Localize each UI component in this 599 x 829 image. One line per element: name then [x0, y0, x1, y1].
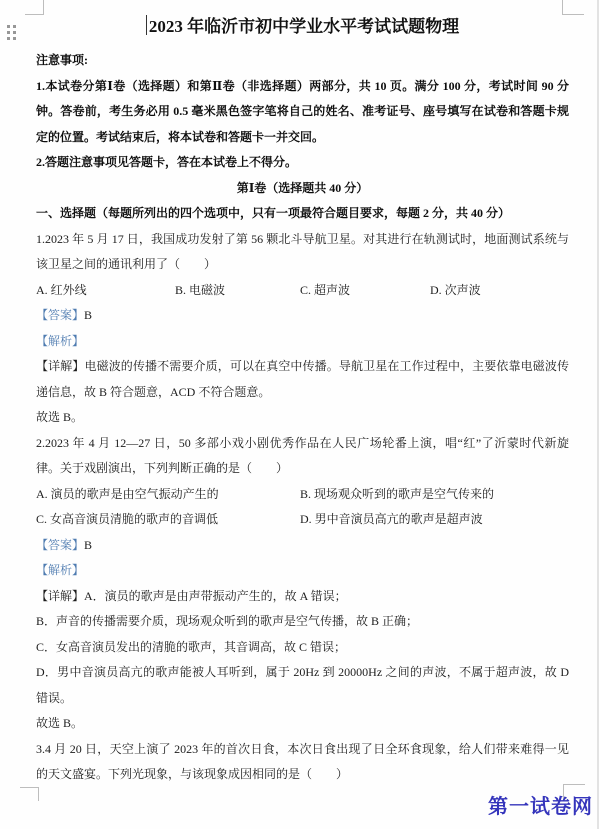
notice-item-1: 1.本试卷分第Ⅰ卷（选择题）和第Ⅱ卷（非选择题）两部分，共 10 页。满分 10…	[36, 74, 569, 151]
drag-handle-icon[interactable]	[7, 25, 16, 40]
exam-document-page: 2023 年临沂市初中学业水平考试试题物理 注意事项: 1.本试卷分第Ⅰ卷（选择…	[0, 0, 599, 829]
document-content: 2023 年临沂市初中学业水平考试试题物理 注意事项: 1.本试卷分第Ⅰ卷（选择…	[36, 12, 569, 788]
q2-answer-label: 【答案】	[36, 538, 84, 552]
q2-option-a: A. 演员的歌声是由空气振动产生的	[36, 482, 300, 508]
q1-option-c: C. 超声波	[300, 278, 430, 304]
q1-option-a: A. 红外线	[36, 278, 175, 304]
q2-option-d: D. 男中音演员高亢的歌声是超声波	[300, 507, 569, 533]
q2-detail-b: B．声音的传播需要介质，现场观众听到的歌声是空气传播，故 B 正确；	[36, 609, 569, 635]
notice-heading: 注意事项:	[36, 48, 569, 74]
q1-answer-value: B	[84, 308, 92, 322]
q2-option-c: C. 女高音演员清脆的歌声的音调低	[36, 507, 300, 533]
page-title: 2023 年临沂市初中学业水平考试试题物理	[36, 12, 569, 42]
q2-answer-line: 【答案】B	[36, 533, 569, 559]
q1-detail: 【详解】电磁波的传播不需要介质，可以在真空中传播。导航卫星在工作过程中，主要依靠…	[36, 354, 569, 405]
q1-conclusion: 故选 B。	[36, 405, 569, 431]
text-cursor	[146, 15, 147, 35]
crop-mark-bottom-left	[20, 787, 39, 801]
q2-analysis-label: 【解析】	[36, 558, 569, 584]
q1-answer-label: 【答案】	[36, 308, 84, 322]
q2-detail-d: D．男中音演员高亢的歌声能被人耳听到，属于 20Hz 到 20000Hz 之间的…	[36, 660, 569, 711]
section-heading: 第Ⅰ卷（选择题共 40 分）	[36, 176, 569, 202]
q1-option-b: B. 电磁波	[175, 278, 300, 304]
q2-conclusion: 故选 B。	[36, 711, 569, 737]
page-title-text: 2023 年临沂市初中学业水平考试试题物理	[149, 17, 459, 36]
q2-detail-c: C．女高音演员发出的清脆的歌声，其音调高，故 C 错误；	[36, 635, 569, 661]
q2-detail-a: 【详解】A．演员的歌声是由声带振动产生的，故 A 错误；	[36, 584, 569, 610]
notice-item-2: 2.答题注意事项见答题卡，答在本试卷上不得分。	[36, 150, 569, 176]
section-instruction: 一、选择题（每题所列出的四个选项中，只有一项最符合题目要求，每题 2 分，共 4…	[36, 201, 569, 227]
watermark-link[interactable]: 第一试卷网	[488, 790, 593, 819]
q2-answer-value: B	[84, 538, 92, 552]
q2-options: A. 演员的歌声是由空气振动产生的 B. 现场观众听到的歌声是空气传来的 C. …	[36, 482, 569, 533]
q2-stem: 2.2023 年 4 月 12—27 日，50 多部小戏小剧优秀作品在人民广场轮…	[36, 431, 569, 482]
q1-stem: 1.2023 年 5 月 17 日，我国成功发射了第 56 颗北斗导航卫星。对其…	[36, 227, 569, 278]
q1-option-d: D. 次声波	[430, 278, 569, 304]
q1-analysis-label: 【解析】	[36, 329, 569, 355]
q3-stem: 3.4 月 20 日，天空上演了 2023 年的首次日食，本次日食出现了日全环食…	[36, 737, 569, 788]
q1-options: A. 红外线 B. 电磁波 C. 超声波 D. 次声波	[36, 278, 569, 304]
q2-option-b: B. 现场观众听到的歌声是空气传来的	[300, 482, 569, 508]
q1-answer-line: 【答案】B	[36, 303, 569, 329]
